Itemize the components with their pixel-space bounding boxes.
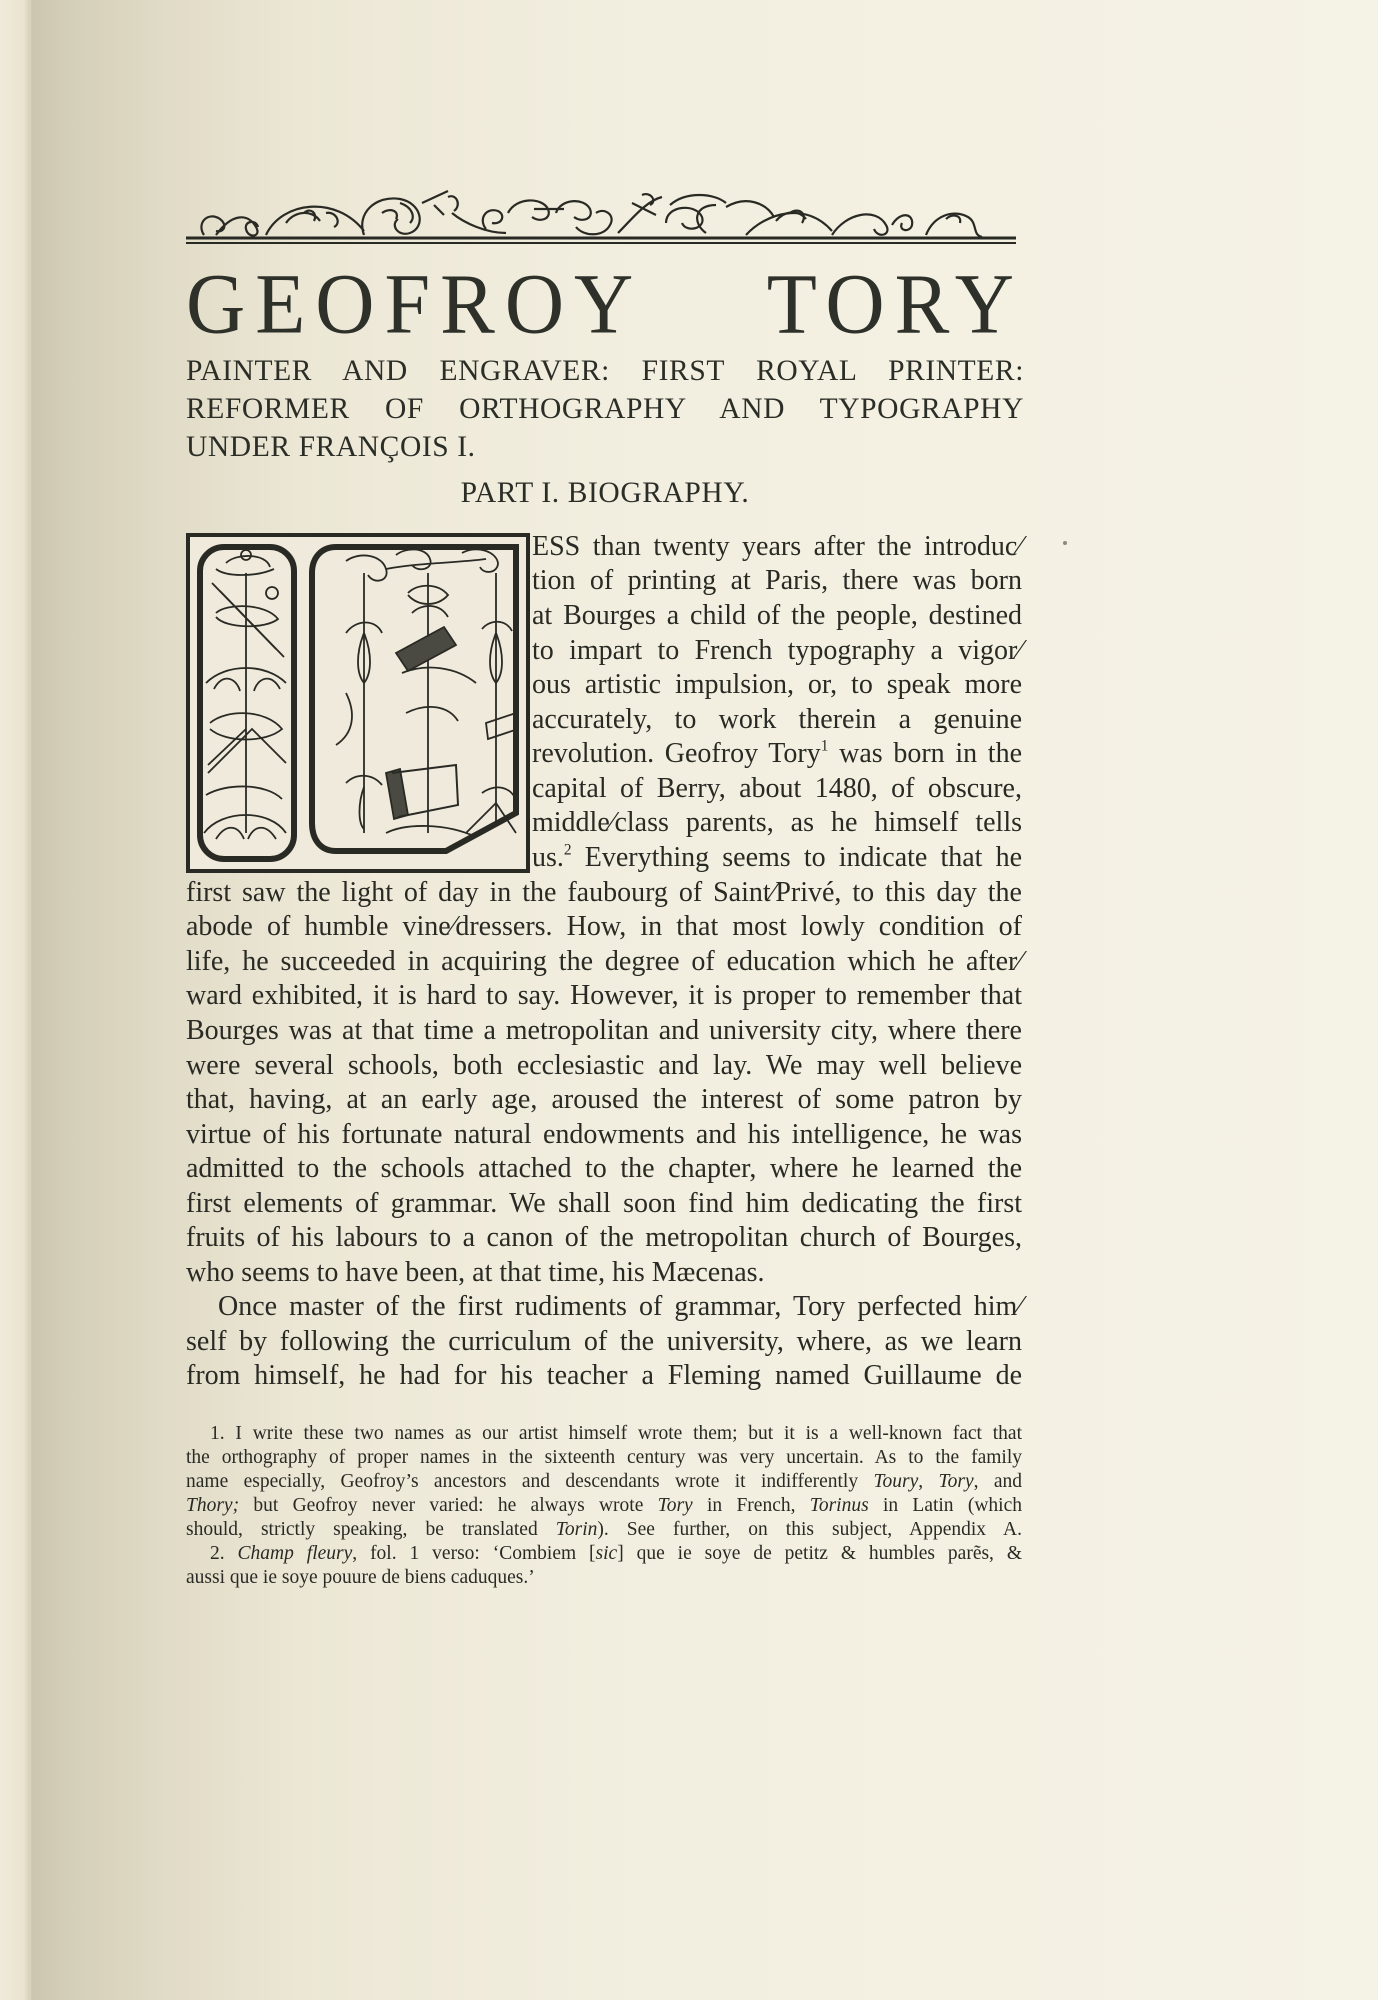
body-line: accurately, to work therein a genuine	[532, 703, 1022, 737]
page-title: GEOFROY TORY	[186, 262, 1024, 346]
body-line: first elements of grammar. We shall soon…	[186, 1187, 1022, 1221]
body-line: first saw the light of day in the faubou…	[186, 876, 1022, 910]
footnote-1-line: the orthography of proper names in the s…	[186, 1446, 1022, 1470]
footnote-2-line: 2. Champ fleury, fol. 1 verso: ‘Combiem …	[210, 1542, 1022, 1566]
body-line-paragraph-start: Once master of the first rudiments of gr…	[218, 1290, 1022, 1324]
footnote-text: , fol. 1 verso: ‘Combiem [	[352, 1543, 595, 1564]
body-line: fruits of his labours to a canon of the …	[186, 1221, 1022, 1255]
body-line: Bourges was at that time a metropolitan …	[186, 1014, 1022, 1048]
body-line: admitted to the schools attached to the …	[186, 1152, 1022, 1186]
body-line: from himself, he had for his teacher a F…	[186, 1359, 1022, 1393]
book-page: GEOFROY TORY PAINTER AND ENGRAVER: FIRST…	[0, 0, 1378, 2000]
footnote-text: but Geofroy never varied: he always wrot…	[239, 1495, 658, 1516]
body-line: revolution. Geofroy Tory1 was born in th…	[532, 737, 1022, 771]
footnote-italic: Tory	[939, 1471, 974, 1492]
body-line: at Bourges a child of the people, destin…	[532, 599, 1022, 633]
body-line: to impart to French typography a vigor⁄	[532, 634, 1022, 668]
footnote-italic: sic	[596, 1543, 618, 1564]
subtitle-line-3: UNDER FRANÇOIS I.	[186, 428, 1024, 466]
body-line: abode of humble vine⁄dressers. How, in t…	[186, 910, 1022, 944]
body-text: us.	[532, 842, 564, 873]
body-text: was born in the	[828, 738, 1022, 769]
footnote-italic: Toury	[873, 1471, 918, 1492]
footnote-1-line: Thory; but Geofroy never varied: he alwa…	[186, 1494, 1022, 1518]
body-line: us.2 Everything seems to indicate that h…	[532, 841, 1022, 875]
footnote-italic: Tory	[658, 1495, 693, 1516]
footnote-text: ,	[918, 1471, 938, 1492]
footnote-text: I write these two names as our artist hi…	[235, 1423, 1022, 1444]
body-line: life, he succeeded in acquiring the degr…	[186, 945, 1022, 979]
footnote-text: ] que ie soye de petitz & humbles parẽs,…	[617, 1543, 1022, 1564]
body-line: ESS than twenty years after the introduc…	[532, 530, 1022, 564]
footnote-number: 1.	[210, 1423, 225, 1444]
body-line: tion of printing at Paris, there was bor…	[532, 564, 1022, 598]
footnote-text: in French,	[693, 1495, 810, 1516]
footnote-ref-2[interactable]: 2	[564, 841, 572, 858]
body-line: that, having, at an early age, aroused t…	[186, 1083, 1022, 1117]
body-line: ward exhibited, it is hard to say. Howev…	[186, 979, 1022, 1013]
part-heading: PART I. BIOGRAPHY.	[186, 474, 1024, 512]
ornamental-headpiece-icon	[186, 183, 1016, 245]
footnote-italic: Torinus	[810, 1495, 869, 1516]
footnote-number: 2.	[210, 1543, 225, 1564]
page-gutter-edge	[0, 0, 30, 2000]
subtitle-line-2: REFORMER OF ORTHOGRAPHY AND TYPOGRAPHY	[186, 390, 1024, 428]
body-line: virtue of his fortunate natural endowmen…	[186, 1118, 1022, 1152]
body-line: self by following the curriculum of the …	[186, 1325, 1022, 1359]
body-line: who seems to have been, at that time, hi…	[186, 1256, 1022, 1290]
body-line: were several schools, both ecclesiastic …	[186, 1049, 1022, 1083]
body-text: revolution. Geofroy Tory	[532, 738, 821, 769]
footnote-text: name especially, Geofroy’s ancestors and…	[186, 1471, 873, 1492]
footnote-text: , and	[974, 1471, 1022, 1492]
body-line: middle⁄class parents, as he himself tell…	[532, 806, 1022, 840]
footnote-1-line: name especially, Geofroy’s ancestors and…	[186, 1470, 1022, 1494]
ornate-drop-cap-l-icon	[186, 533, 530, 873]
body-line: capital of Berry, about 1480, of obscure…	[532, 772, 1022, 806]
footnote-italic: Thory;	[186, 1495, 239, 1516]
footnote-text: in Latin (which	[869, 1495, 1022, 1516]
body-line: ous artistic impulsion, or, to speak mor…	[532, 668, 1022, 702]
footnote-italic: Torin	[556, 1519, 598, 1540]
body-text: Everything seems to indicate that he	[572, 842, 1022, 873]
footnote-1-line: 1. I write these two names as our artist…	[210, 1422, 1022, 1446]
paper-speck	[1063, 541, 1067, 545]
footnote-italic: Champ fleury	[238, 1543, 353, 1564]
footnote-2-line: aussi que ie soye pouure de biens caduqu…	[186, 1566, 1022, 1590]
subtitle-line-1: PAINTER AND ENGRAVER: FIRST ROYAL PRINTE…	[186, 352, 1024, 390]
footnote-1-line: should, strictly speaking, be translated…	[186, 1518, 1022, 1542]
footnote-text: should, strictly speaking, be translated	[186, 1519, 556, 1540]
footnote-text: ). See further, on this subject, Appendi…	[597, 1519, 1022, 1540]
